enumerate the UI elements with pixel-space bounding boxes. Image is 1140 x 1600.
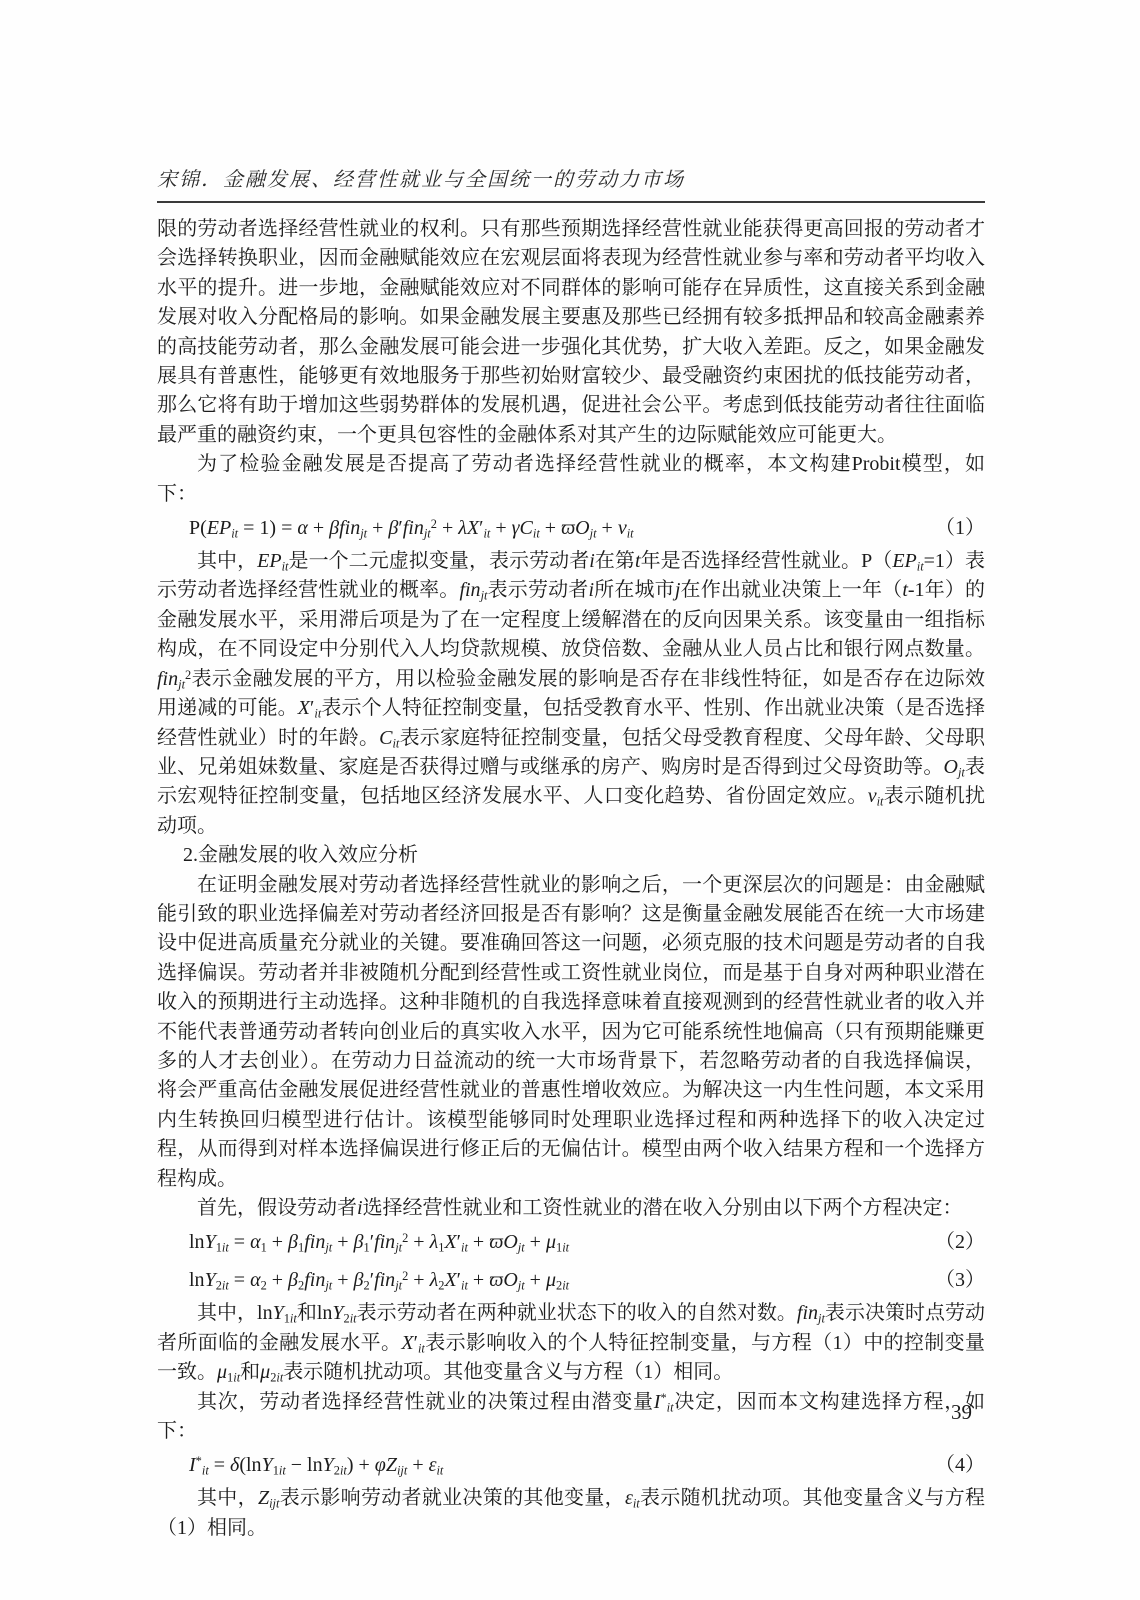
paragraph-second-intro: 其次，劳动者选择经营性就业的决策过程由潜变量I*it决定，因而本文构建选择方程，… (157, 1388, 985, 1447)
equation-2-row: lnY1it = α1 + β1finjt + β1′finjt2 + λ1X′… (157, 1223, 985, 1261)
header-rule (157, 201, 985, 203)
body-text: 限的劳动者选择经营性就业的权利。只有那些预期选择经营性就业能获得更高回报的劳动者… (157, 215, 985, 1543)
equation-4-row: I*it = δ(lnY1it − lnY2it) + φZijt + εit … (157, 1446, 985, 1484)
paragraph-continuation: 限的劳动者选择经营性就业的权利。只有那些预期选择经营性就业能获得更高回报的劳动者… (157, 215, 985, 450)
paragraph-probit-intro: 为了检验金融发展是否提高了劳动者选择经营性就业的概率，本文构建Probit模型，… (157, 450, 985, 509)
equation-4-formula: I*it = δ(lnY1it − lnY2it) + φZijt + εit (157, 1450, 443, 1480)
paragraph-equation-23-explain: 其中，lnY1it和lnY2it表示劳动者在两种就业状态下的收入的自然对数。fi… (157, 1299, 985, 1387)
equation-1-number: （1） (935, 513, 985, 543)
equation-3-number: （3） (935, 1265, 985, 1295)
equation-2-number: （2） (935, 1227, 985, 1257)
document-page: 宋锦．金融发展、经营性就业与全国统一的劳动力市场 限的劳动者选择经营性就业的权利… (0, 0, 1140, 1600)
equation-1-formula: P(EPit = 1) = α + βfinjt + β′finjt2 + λX… (157, 513, 634, 543)
section-heading-income-effect: 2.金融发展的收入效应分析 (157, 841, 985, 870)
paragraph-income-effect: 在证明金融发展对劳动者选择经营性就业的影响之后，一个更深层次的问题是：由金融赋能… (157, 871, 985, 1194)
paragraph-first-intro: 首先，假设劳动者i选择经营性就业和工资性就业的潜在收入分别由以下两个方程决定： (157, 1194, 985, 1223)
equation-3-formula: lnY2it = α2 + β2finjt + β2′finjt2 + λ2X′… (157, 1265, 569, 1295)
paragraph-equation-4-explain: 其中，Zijt表示影响劳动者就业决策的其他变量，εit表示随机扰动项。其他变量含… (157, 1484, 985, 1543)
equation-1-row: P(EPit = 1) = α + βfinjt + β′finjt2 + λX… (157, 509, 985, 547)
paragraph-equation-1-explain: 其中，EPit是一个二元虚拟变量，表示劳动者i在第t年是否选择经营性就业。P（E… (157, 547, 985, 841)
page-number: 39 (951, 1400, 972, 1425)
equation-3-row: lnY2it = α2 + β2finjt + β2′finjt2 + λ2X′… (157, 1261, 985, 1299)
running-header: 宋锦．金融发展、经营性就业与全国统一的劳动力市场 (157, 163, 985, 201)
equation-4-number: （4） (935, 1450, 985, 1480)
equation-2-formula: lnY1it = α1 + β1finjt + β1′finjt2 + λ1X′… (157, 1227, 569, 1257)
page-content: 宋锦．金融发展、经营性就业与全国统一的劳动力市场 限的劳动者选择经营性就业的权利… (157, 163, 985, 1543)
